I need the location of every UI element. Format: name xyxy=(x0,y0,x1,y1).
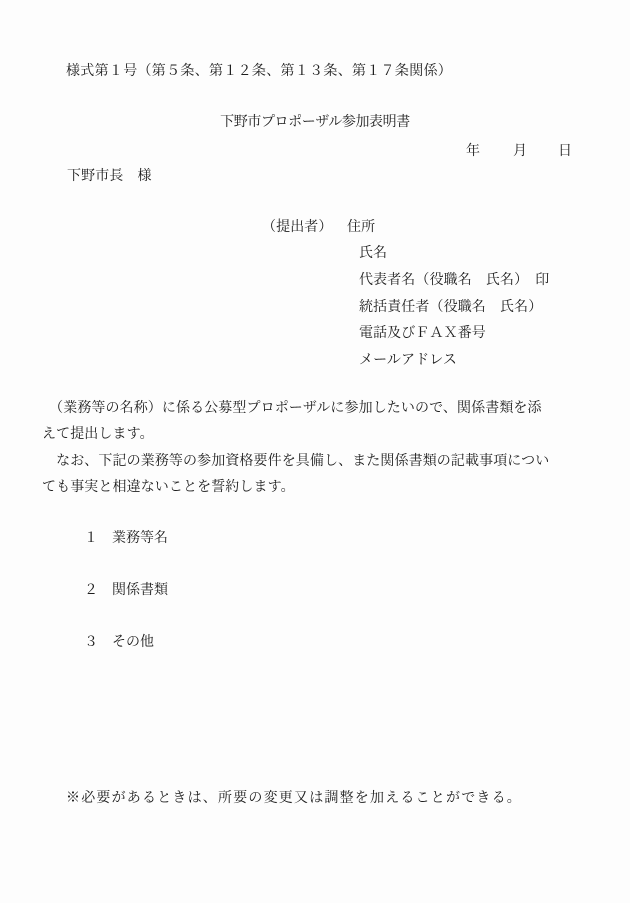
item-label-related-documents: 関係書類 xyxy=(112,584,168,598)
body-paragraph-line: ても事実と相違ないことを誓約します。 xyxy=(42,481,295,495)
submitter-field-address: 住所 xyxy=(347,221,375,235)
submitter-label: （提出者） xyxy=(262,221,333,235)
body-paragraph-line: えて提出します。 xyxy=(42,428,154,442)
item-number: ２ xyxy=(84,584,98,598)
item-number: １ xyxy=(84,532,98,546)
submitter-field-phone-fax: 電話及びＦＡＸ番号 xyxy=(359,327,486,341)
form-number: 様式第１号（第５条、第１２条、第１３条、第１７条関係） xyxy=(66,65,452,79)
body-paragraph-line: なお、下記の業務等の参加資格要件を具備し、また関係書類の記載事項につい xyxy=(42,455,549,469)
date-month-label: 月 xyxy=(513,145,527,159)
date-day-label: 日 xyxy=(558,145,572,159)
submitter-field-representative-seal: 代表者名（役職名 氏名） 印 xyxy=(359,274,549,288)
date-year-label: 年 xyxy=(466,145,480,159)
document-page: 様式第１号（第５条、第１２条、第１３条、第１７条関係） 下野市プロポーザル参加表… xyxy=(0,0,630,903)
item-label-other: その他 xyxy=(112,636,154,650)
page-title: 下野市プロポーザル参加表明書 xyxy=(0,116,630,130)
addressee: 下野市長 様 xyxy=(67,170,152,184)
item-number: ３ xyxy=(84,636,98,650)
footnote: ※必要があるときは、所要の変更又は調整を加えることができる。 xyxy=(66,792,522,806)
submitter-field-general-manager: 統括責任者（役職名 氏名） xyxy=(359,301,542,315)
item-label-business-name: 業務等名 xyxy=(112,532,168,546)
body-paragraph-line: （業務等の名称）に係る公募型プロポーザルに参加したいので、関係書類を添 xyxy=(42,402,542,416)
submitter-field-name: 氏名 xyxy=(359,247,387,261)
submitter-field-email: メールアドレス xyxy=(359,354,457,368)
